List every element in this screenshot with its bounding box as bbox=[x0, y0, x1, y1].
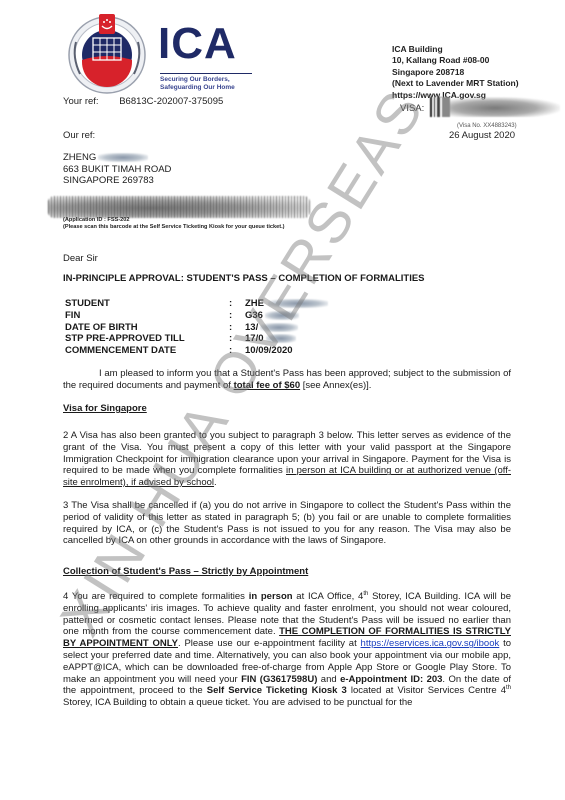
ica-address: ICA Building 10, Kallang Road #08-00 Sin… bbox=[392, 44, 519, 101]
section-title-collection: Collection of Student's Pass – Strictly … bbox=[63, 566, 308, 577]
section-title-visa: Visa for Singapore bbox=[63, 403, 147, 414]
eservices-link[interactable]: https://eservices.ica.gov.sg/ibook bbox=[361, 638, 500, 649]
redaction bbox=[260, 323, 298, 332]
letter-date: 26 August 2020 bbox=[449, 130, 515, 141]
redaction bbox=[266, 334, 296, 343]
paragraph-4: 4 You are required to complete formaliti… bbox=[63, 591, 511, 709]
detail-row: STP PRE-APPROVED TILL:17/0 bbox=[65, 333, 328, 345]
paragraph-2: 2 A Visa has also been granted to you su… bbox=[63, 430, 511, 489]
logo-wordmark: ICA bbox=[158, 22, 237, 66]
logo-tagline: Securing Our Borders, Safeguarding Our H… bbox=[160, 76, 235, 92]
redaction bbox=[98, 153, 148, 162]
ica-logo: ICA Securing Our Borders, Safeguarding O… bbox=[66, 12, 276, 92]
student-details: STUDENT:ZHE FIN:G36 DATE OF BIRTH:13/ ST… bbox=[65, 298, 328, 357]
application-id-note: (Application ID : FSS-202 (Please scan t… bbox=[63, 217, 285, 231]
intro-paragraph: I am pleased to inform you that a Studen… bbox=[63, 368, 511, 392]
queue-barcode bbox=[48, 196, 310, 218]
salutation: Dear Sir bbox=[63, 253, 98, 265]
detail-row: STUDENT:ZHE bbox=[65, 298, 328, 310]
paragraph-3: 3 The Visa shall be cancelled if (a) you… bbox=[63, 500, 511, 547]
your-ref: Your ref: B6813C-202007-375095 bbox=[63, 96, 223, 107]
redaction bbox=[268, 299, 328, 308]
redacted-barcode bbox=[430, 97, 560, 117]
redaction bbox=[265, 311, 299, 320]
fee-amount: total fee of $60 bbox=[234, 380, 301, 391]
visa-barcode: VISA: bbox=[400, 103, 424, 114]
recipient-address: ZHENG 663 BUKIT TIMAH ROAD SINGAPORE 269… bbox=[63, 152, 171, 187]
detail-row: DATE OF BIRTH:13/ bbox=[65, 322, 328, 334]
detail-row: FIN:G36 bbox=[65, 310, 328, 322]
visa-number: (Visa No. XX4883243) bbox=[457, 123, 517, 129]
logo-divider bbox=[160, 73, 252, 74]
your-ref-value: B6813C-202007-375095 bbox=[119, 96, 223, 107]
letter-subject: IN-PRINCIPLE APPROVAL: STUDENT'S PASS – … bbox=[63, 273, 425, 284]
detail-row: COMMENCEMENT DATE:10/09/2020 bbox=[65, 345, 328, 357]
ica-crest-icon bbox=[66, 12, 148, 94]
our-ref: Our ref: bbox=[63, 130, 95, 141]
